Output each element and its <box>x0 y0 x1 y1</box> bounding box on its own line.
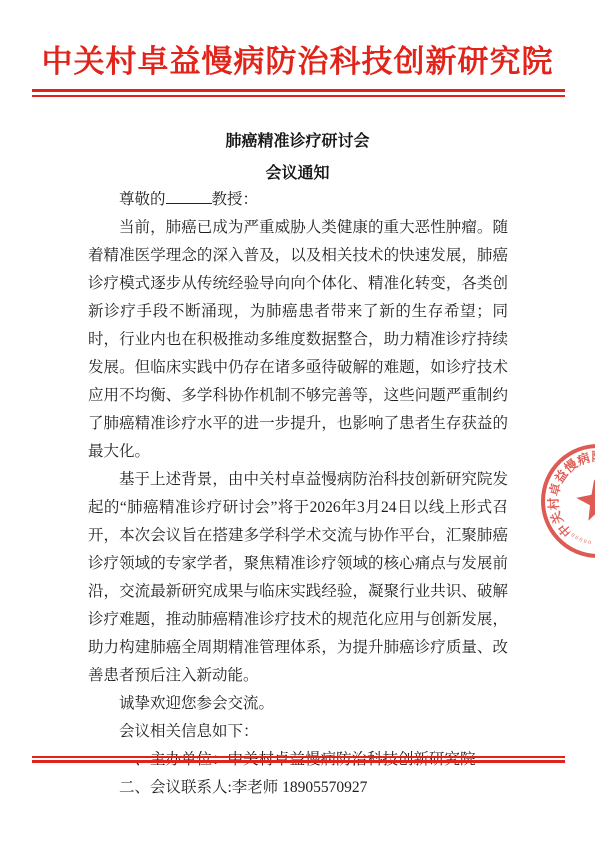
body-paragraph-2: 基于上述背景，由中关村卓益慢病防治科技创新研究院发起的“肺癌精准诊疗研讨会”将于… <box>88 466 508 690</box>
official-seal: 中关村卓益慢病防治科技创新研究院 1100000 <box>538 441 595 561</box>
footer-divider <box>32 756 565 763</box>
salutation-suffix: 教授： <box>212 191 259 208</box>
body-paragraph-1: 当前，肺癌已成为严重威胁人类健康的重大恶性肿瘤。随着精准医学理念的深入普及，以及… <box>88 214 508 466</box>
letterhead-org-name: 中关村卓益慢病防治科技创新研究院 <box>0 36 595 81</box>
salutation-prefix: 尊敬的 <box>119 191 166 208</box>
seminar-title: 肺癌精准诊疗研讨会 <box>0 128 595 151</box>
document-page: 中关村卓益慢病防治科技创新研究院 肺癌精准诊疗研讨会 会议通知 尊敬的教授： 当… <box>0 0 595 841</box>
letter-body: 尊敬的教授： 当前，肺癌已成为严重威胁人类健康的重大恶性肿瘤。随着精准医学理念的… <box>88 186 508 802</box>
letterhead-divider <box>32 89 565 97</box>
salutation-line: 尊敬的教授： <box>88 186 508 214</box>
closing-line: 诚挚欢迎您参会交流。 <box>88 690 508 718</box>
info-section-header: 会议相关信息如下： <box>88 718 508 746</box>
notice-title: 会议通知 <box>0 160 595 183</box>
name-blank-underline <box>166 188 212 204</box>
seal-star-icon <box>574 476 595 522</box>
info-item-contact: 二、会议联系人:李老师 18905570927 <box>88 774 508 802</box>
